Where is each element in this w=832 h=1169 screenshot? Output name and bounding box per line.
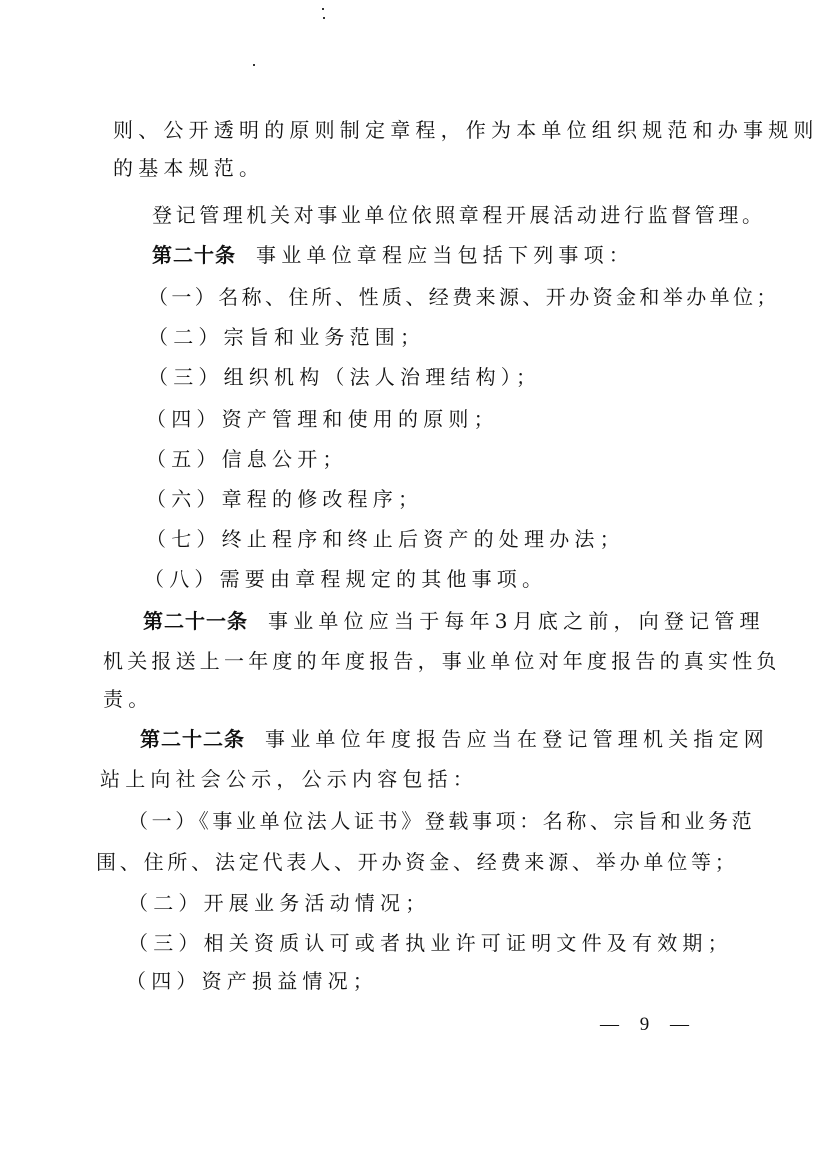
article-22-line-1: 第二十二条事业单位年度报告应当在登记管理机关指定网 xyxy=(140,727,769,751)
article-22-item-3: （三）相关资质认可或者执业许可证明文件及有效期； xyxy=(128,931,733,955)
article-22-item-1-cont: 围、住所、法定代表人、开办资金、经费来源、举办单位等； xyxy=(96,850,739,874)
article-22-item-4: （四）资产损益情况； xyxy=(126,969,378,993)
article-22-item-1: （一）《事业单位法人证书》登载事项：名称、宗旨和业务范 xyxy=(128,809,755,833)
article-20-item-6: （六）章程的修改程序； xyxy=(146,487,423,511)
article-20-item-2: （二）宗旨和业务范围； xyxy=(148,325,425,349)
scan-speck xyxy=(323,17,325,19)
article-20-item-5: （五）信息公开； xyxy=(146,447,348,471)
paragraph-continuation-line-2: 的基本规范。 xyxy=(113,156,264,180)
article-22-heading: 第二十二条 xyxy=(140,727,245,751)
article-20-item-1: （一）名称、住所、性质、经费来源、开办资金和举办单位； xyxy=(148,285,780,309)
supervision-paragraph: 登记管理机关对事业单位依照章程开展活动进行监督管理。 xyxy=(152,203,766,227)
page-number: — 9 — xyxy=(600,1014,697,1036)
article-22-line-2: 站上向社会公示，公示内容包括： xyxy=(100,767,478,791)
article-21-line-1: 第二十一条事业单位应当于每年3月底之前，向登记管理 xyxy=(143,609,765,633)
article-20-line: 第二十条事业单位章程应当包括下列事项： xyxy=(152,243,634,267)
scan-speck xyxy=(322,8,324,10)
article-20-intro: 事业单位章程应当包括下列事项： xyxy=(256,243,634,267)
document-page: 则、公开透明的原则制定章程，作为本单位组织规范和办事规则 的基本规范。 登记管理… xyxy=(0,0,832,1169)
article-22-item-2: （二）开展业务活动情况； xyxy=(128,891,430,915)
article-20-item-3: （三）组织机构（法人治理结构）； xyxy=(148,365,541,389)
article-20-heading: 第二十条 xyxy=(152,243,236,267)
article-22-text-1: 事业单位年度报告应当在登记管理机关指定网 xyxy=(265,727,769,751)
article-20-item-8: （八）需要由章程规定的其他事项。 xyxy=(144,567,547,591)
article-21-line-3: 责。 xyxy=(103,687,153,711)
article-21-line-2: 机关报送上一年度的年度报告，事业单位对年度报告的真实性负 xyxy=(103,649,781,673)
article-20-item-4: （四）资产管理和使用的原则； xyxy=(146,407,499,431)
scan-speck xyxy=(253,64,255,66)
paragraph-continuation-line-1: 则、公开透明的原则制定章程，作为本单位组织规范和办事规则 xyxy=(113,118,819,142)
article-21-heading: 第二十一条 xyxy=(143,609,248,633)
article-20-item-7: （七）终止程序和终止后资产的处理办法； xyxy=(146,527,625,551)
article-21-text-1: 事业单位应当于每年3月底之前，向登记管理 xyxy=(268,609,765,633)
